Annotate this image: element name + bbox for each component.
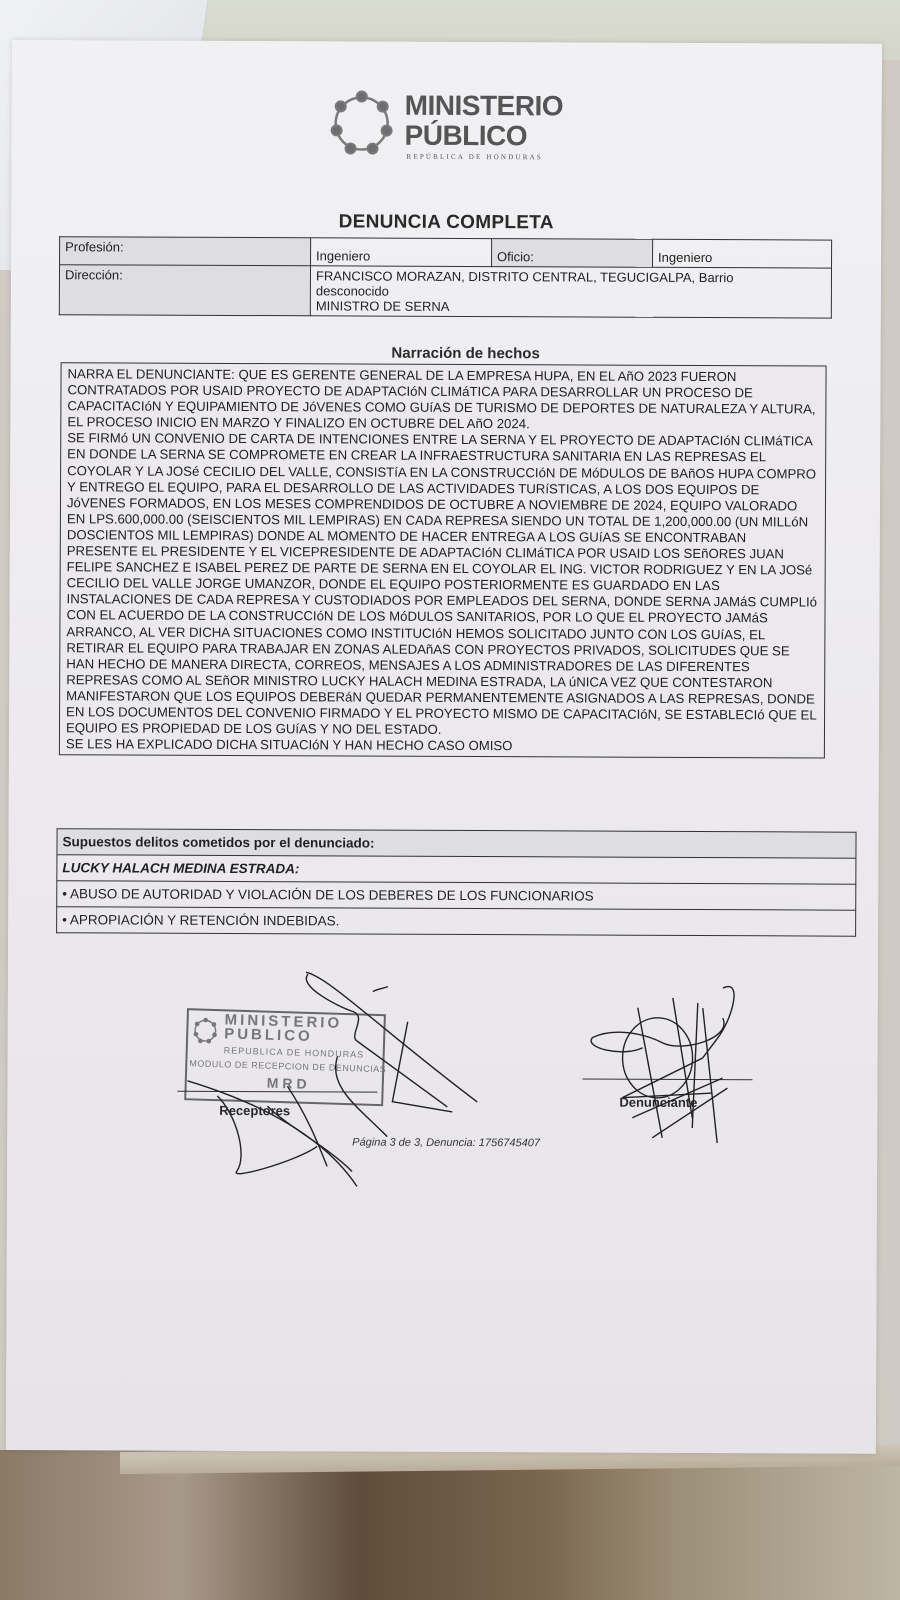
alleged-crimes-table: Supuestos delitos cometidos por el denun… [56, 828, 856, 936]
logo-subtitle: REPÚBLICA DE HONDURAS [406, 153, 542, 162]
profesion-value: Ingeniero [311, 238, 492, 267]
crime-item: • APROPIACIÓN Y RETENCIÓN INDEBIDAS. [57, 907, 856, 936]
direccion-line3: MINISTRO DE SERNA [316, 298, 826, 315]
profesion-label: Profesión: [60, 237, 311, 266]
complainant-info-table: Profesión: Ingeniero Oficio: Ingeniero D… [59, 236, 832, 318]
logo-title-line2: PÚBLICO [405, 121, 563, 152]
stamp-title: MINISTERIO PUBLICO [224, 1013, 342, 1045]
direccion-label: Dirección: [59, 265, 310, 316]
direccion-value: FRANCISCO MORAZAN, DISTRITO CENTRAL, TEG… [310, 266, 831, 318]
denunciante-signature [582, 978, 763, 1149]
stamp-logo-icon [191, 1016, 220, 1045]
logo-title-line1: MINISTERIO [405, 91, 563, 122]
people-circle-logo-icon [326, 88, 396, 158]
document-page: MINISTERIO PÚBLICO REPÚBLICA DE HONDURAS… [6, 40, 882, 1454]
narration-paragraph: SE LES HA EXPLICADO DICHA SITUACIóN Y HA… [66, 736, 818, 755]
crime-item: • ABUSO DE AUTORIDAD Y VIOLACIÓN DE LOS … [57, 881, 856, 910]
crimes-heading: Supuestos delitos cometidos por el denun… [57, 829, 856, 858]
receptores-label: Receptores [219, 1103, 290, 1118]
document-title: DENUNCIA COMPLETA [11, 210, 881, 236]
accused-name: LUCKY HALACH MEDINA ESTRADA: [57, 855, 856, 884]
stamp-line3: REPUBLICA DE HONDURAS [224, 1045, 365, 1059]
narration-paragraph: SE FIRMó UN CONVENIO DE CARTA DE INTENCI… [66, 431, 819, 740]
stamp-line4: MODULO DE RECEPCION DE DENUNCIAS [189, 1058, 386, 1074]
oficio-label: Oficio: [492, 239, 653, 268]
ministerio-publico-logo: MINISTERIO PÚBLICO REPÚBLICA DE HONDURAS [326, 86, 576, 167]
denunciante-signature-line [582, 1078, 752, 1080]
logo-title: MINISTERIO PÚBLICO [405, 91, 564, 152]
previous-page-line [0, 20, 6, 220]
direccion-line1: FRANCISCO MORAZAN, DISTRITO CENTRAL, TEG… [316, 268, 826, 285]
oficio-value: Ingeniero [653, 239, 832, 268]
page-footer: Página 3 de 3, Denuncia: 1756745407 [352, 1136, 540, 1149]
narration-box: NARRA EL DENUNCIANTE: QUE ES GERENTE GEN… [59, 362, 827, 759]
narration-paragraph: NARRA EL DENUNCIANTE: QUE ES GERENTE GEN… [67, 366, 819, 434]
narration-heading: Narración de hechos [11, 343, 900, 364]
denunciante-label: Denunciante [619, 1095, 697, 1110]
stamp-line5: MRD [267, 1075, 311, 1092]
